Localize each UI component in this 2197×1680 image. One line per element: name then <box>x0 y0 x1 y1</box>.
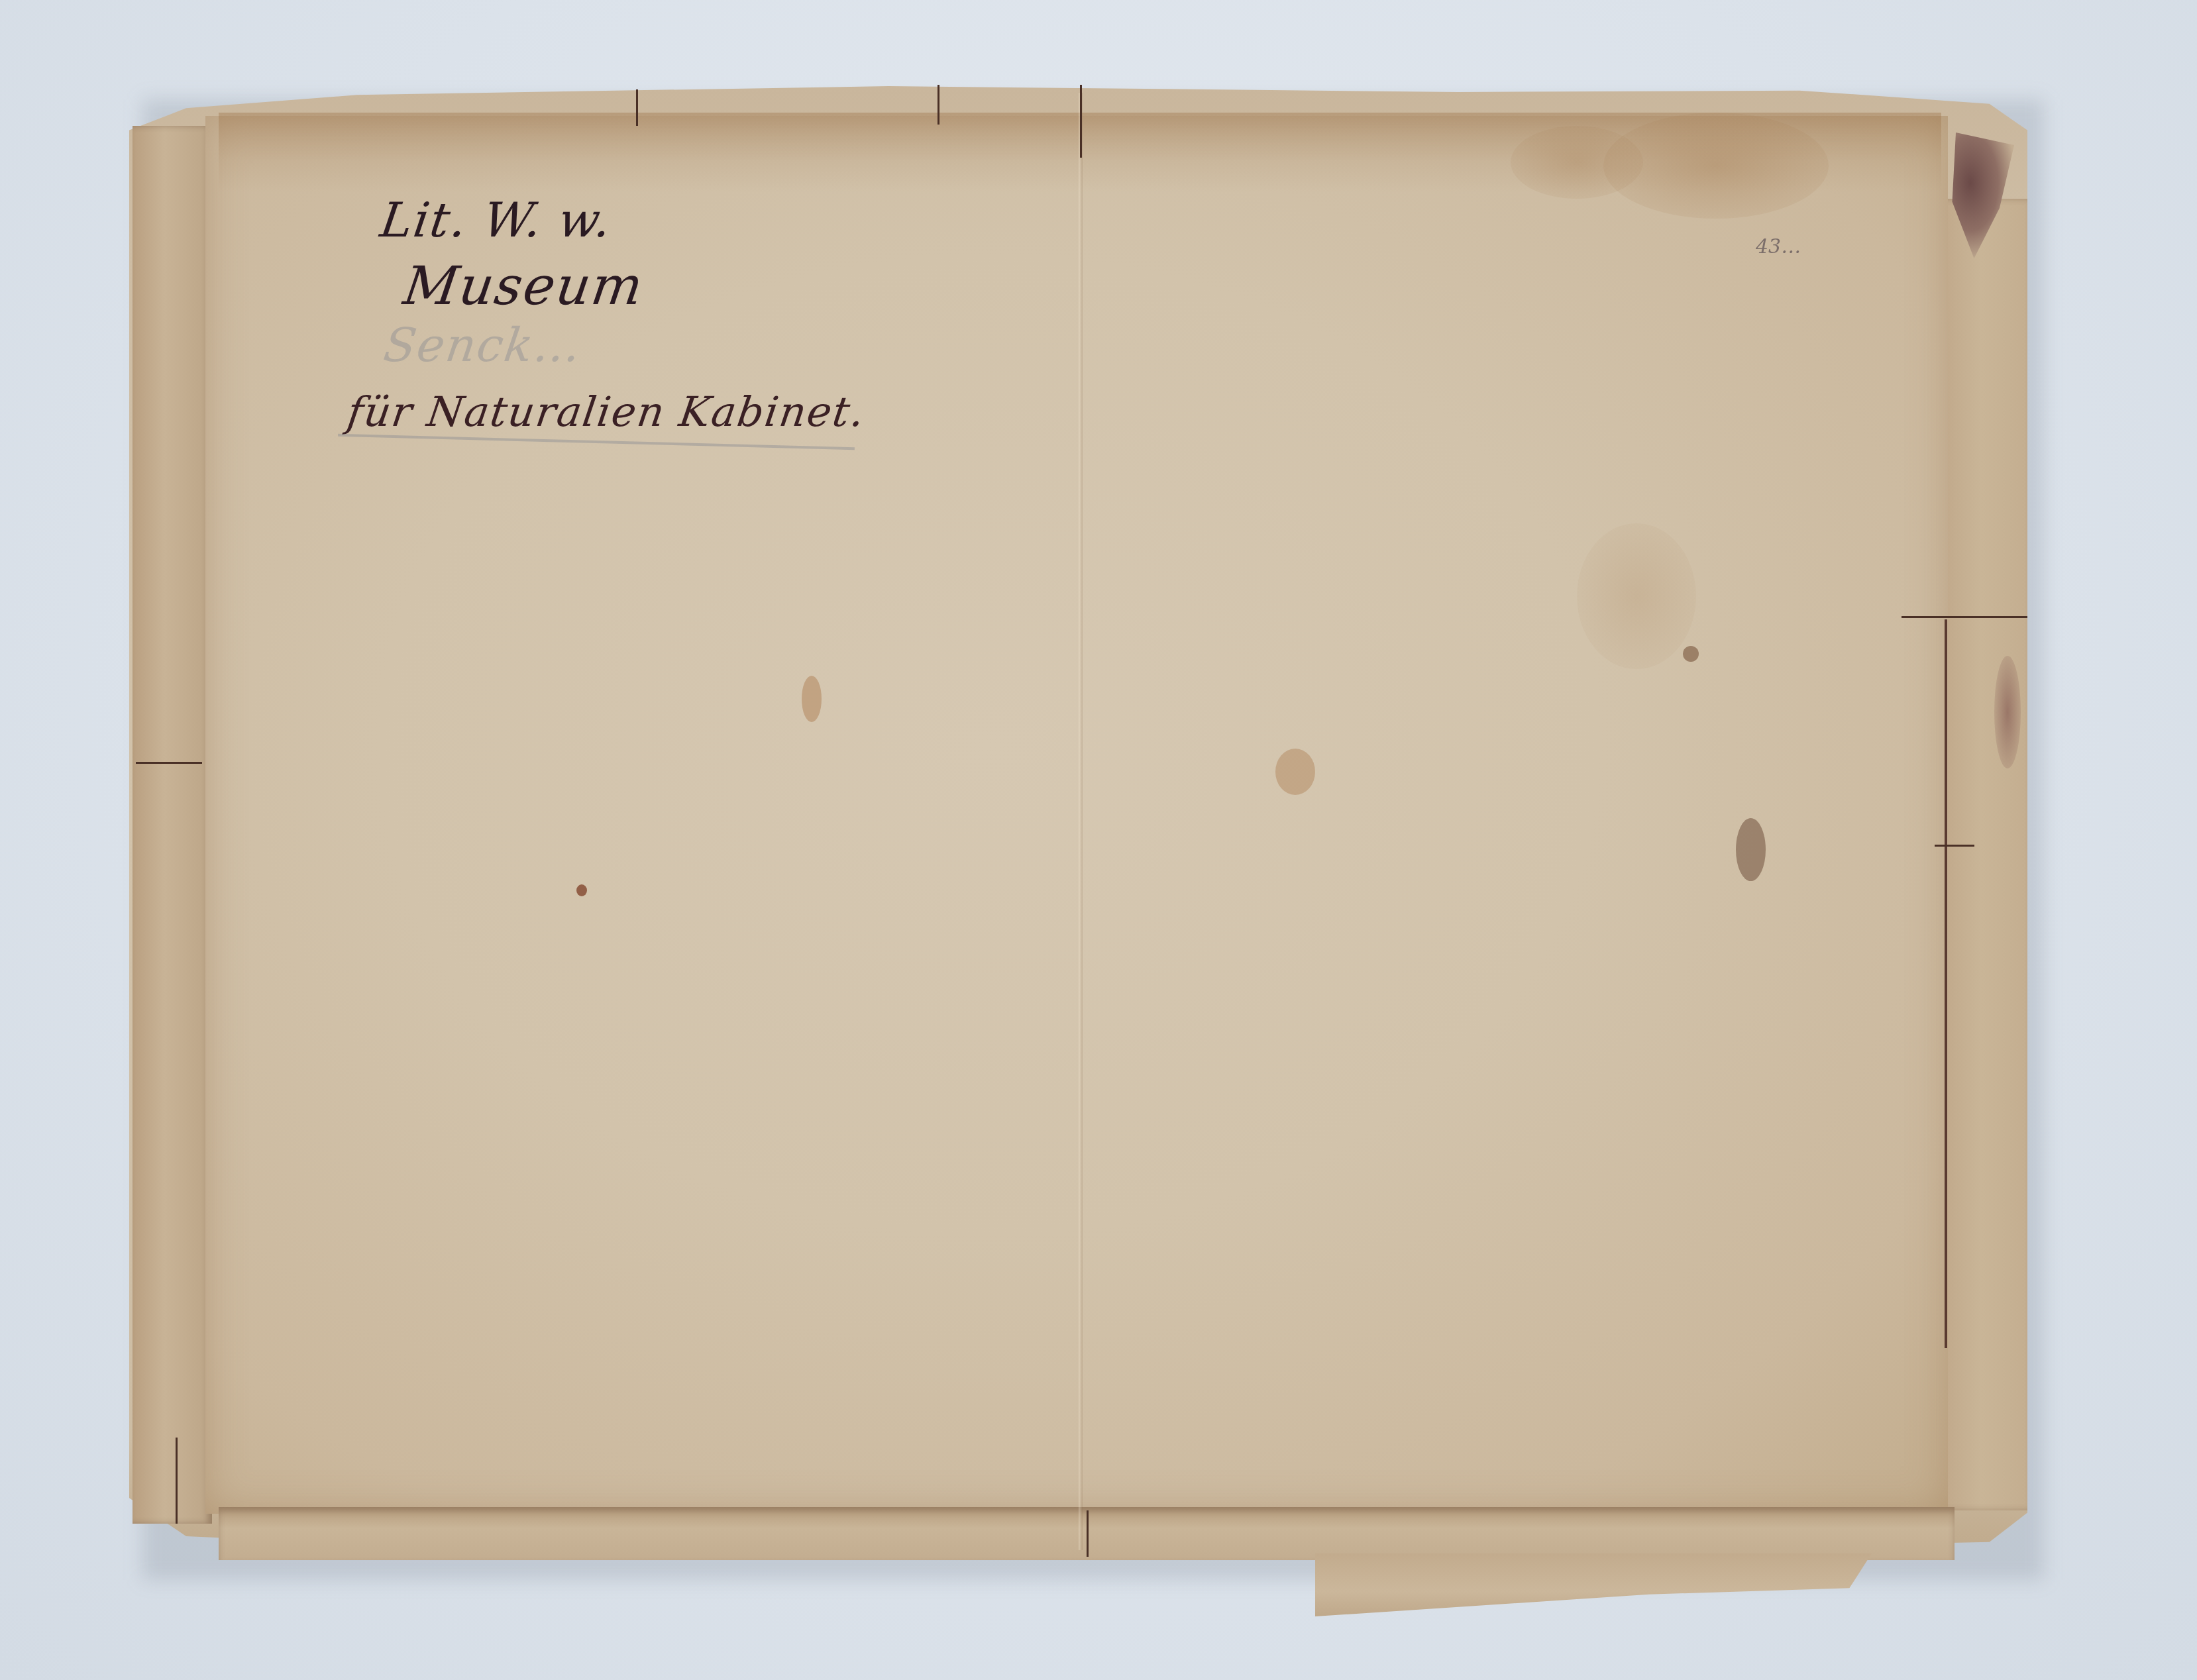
bottom-protruding-tab <box>1315 1553 1872 1616</box>
top-edge-tear <box>938 85 939 125</box>
handwritten-line-museum: Museum <box>400 255 647 317</box>
water-stain <box>1577 523 1696 669</box>
spot-stain <box>1736 818 1766 881</box>
left-edge-tear <box>176 1438 178 1524</box>
right-flap-seam <box>1945 619 1947 1348</box>
right-edge-tear <box>1935 845 1974 847</box>
bottom-edge-tear <box>1087 1510 1089 1557</box>
water-stain <box>1511 126 1643 199</box>
handwritten-line-lit-ww: Lit. W. w. <box>377 192 616 248</box>
left-edge-tear <box>136 762 202 764</box>
handwritten-line-naturalien-kabinet: für Naturalien Kabinet. <box>345 388 869 436</box>
faint-pencil-line: Senck… <box>380 318 586 372</box>
left-folded-flap <box>133 126 212 1524</box>
pencil-note-top-right: 43… <box>1756 235 1801 258</box>
spot-stain <box>1275 749 1315 795</box>
spot-stain <box>802 676 822 722</box>
top-edge-tear <box>1080 85 1082 158</box>
spot-stain <box>1683 646 1699 662</box>
right-flap-stain <box>1994 656 2021 768</box>
right-folded-flap <box>1935 199 2027 1510</box>
right-edge-tear <box>1902 616 2027 618</box>
center-fold-crease <box>1079 93 1083 1550</box>
spot-stain <box>576 884 587 896</box>
top-edge-tear <box>636 89 638 126</box>
